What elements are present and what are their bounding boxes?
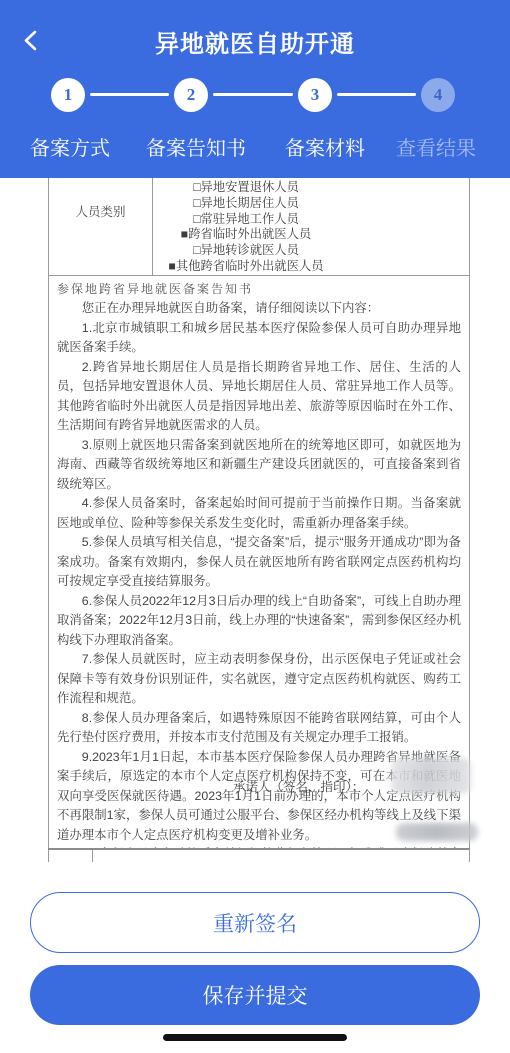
- signer-label: 承诺人（签名、指印）：: [233, 777, 364, 795]
- step-connector: [90, 93, 169, 96]
- tab-filing-notice[interactable]: 备案告知书: [146, 132, 246, 161]
- checkbox-unchecked-icon: □: [193, 243, 200, 257]
- notice-clause-5: 5.参保人员填写相关信息，“提交备案”后，提示“服务开通成功”即为备案成功。备案…: [57, 533, 461, 592]
- option-label: 异地长期居住人员: [201, 196, 299, 210]
- notice-intro: 您正在办理异地就医自助备案，请仔细阅读以下内容：: [57, 299, 461, 319]
- option-label: 其他跨省临时外出就医人员: [176, 259, 324, 273]
- table-column-divider-partial: [92, 850, 93, 862]
- app-header: 异地就医自助开通 1 2 3 4 备案方式 备案告知书 备案材料 查看结果: [0, 0, 510, 178]
- option-label: 异地安置退休人员: [201, 180, 299, 194]
- notice-clause-6: 6.参保人员2022年12月3日后办理的线上“自助备案”，可线上自助办理取消备案…: [57, 592, 461, 651]
- step-3-indicator: 3: [298, 78, 332, 112]
- checkbox-unchecked-icon: □: [193, 180, 200, 194]
- resign-button[interactable]: 重新签名: [30, 892, 480, 953]
- document-scroll-area[interactable]: 人员类别 □异地安置退休人员 □异地长期居住人员 □常驻异地工作人员 ■跨省临时…: [0, 178, 510, 862]
- option-label: 异地转诊就医人员: [201, 243, 299, 257]
- notice-title: 参保地跨省异地就医备案告知书: [57, 280, 461, 299]
- screen: 异地就医自助开通 1 2 3 4 备案方式 备案告知书 备案材料 查看结果 人员…: [0, 0, 510, 1053]
- step-connector: [213, 93, 293, 96]
- step-1-indicator: 1: [51, 78, 85, 112]
- checkbox-unchecked-icon: □: [193, 196, 200, 210]
- notice-clause-3: 3.原则上就医地只需备案到就医地所在的统筹地区即可，如就医地为海南、西藏等省级统…: [57, 436, 461, 495]
- person-category-label: 人员类别: [48, 202, 153, 220]
- step-2-indicator: 2: [174, 78, 208, 112]
- table-border-right: [469, 178, 470, 862]
- save-submit-button[interactable]: 保存并提交: [30, 965, 480, 1025]
- checkbox-checked-icon: ■: [168, 259, 175, 273]
- person-category-option: □异地长期居住人员: [153, 196, 339, 212]
- person-category-options: □异地安置退休人员 □异地长期居住人员 □常驻异地工作人员 ■跨省临时外出就医人…: [153, 180, 339, 275]
- person-category-option: □常驻异地工作人员: [153, 212, 339, 228]
- option-label: 跨省临时外出就医人员: [188, 227, 311, 241]
- tab-filing-method[interactable]: 备案方式: [30, 132, 110, 161]
- table-row-divider-bottom: [48, 848, 470, 850]
- person-category-option: □异地转诊就医人员: [153, 243, 339, 259]
- checkbox-unchecked-icon: □: [193, 212, 200, 226]
- date-redacted-blur: [396, 823, 478, 841]
- page-title: 异地就医自助开通: [0, 24, 510, 59]
- person-category-option: ■跨省临时外出就医人员: [153, 227, 339, 243]
- notice-clause-7: 7.参保人员就医时，应主动表明参保身份，出示医保电子凭证或社会保障卡等有效身份识…: [57, 650, 461, 709]
- home-indicator-bar[interactable]: [163, 1034, 347, 1041]
- notice-clause-1: 1.北京市城镇职工和城乡居民基本医疗保险参保人员可自助办理异地就医备案手续。: [57, 319, 461, 358]
- notice-clause-10: 10.参保人员应主动接受有关部门的监督和管理，如造成医疗保障基金损失的，按照有关…: [57, 845, 461, 848]
- tab-filing-material[interactable]: 备案材料: [285, 132, 365, 161]
- step-connector: [337, 93, 416, 96]
- option-label: 常驻异地工作人员: [201, 212, 299, 226]
- signature-redacted-blur: [391, 758, 471, 794]
- person-category-option: □异地安置退休人员: [153, 180, 339, 196]
- step-4-indicator: 4: [421, 78, 455, 112]
- notice-clause-4: 4.参保人员备案时，备案起始时间可提前于当前操作日期。当备案就医地或单位、险种等…: [57, 494, 461, 533]
- person-category-option: ■其他跨省临时外出就医人员: [153, 259, 339, 275]
- tab-view-result[interactable]: 查看结果: [396, 132, 476, 161]
- notice-clause-2: 2.跨省异地长期居住人员是指长期跨省异地工作、居住、生活的人员，包括异地安置退休…: [57, 358, 461, 436]
- notice-clause-8: 8.参保人员办理备案后，如遇特殊原因不能跨省联网结算，可由个人先行垫付医疗费用，…: [57, 709, 461, 748]
